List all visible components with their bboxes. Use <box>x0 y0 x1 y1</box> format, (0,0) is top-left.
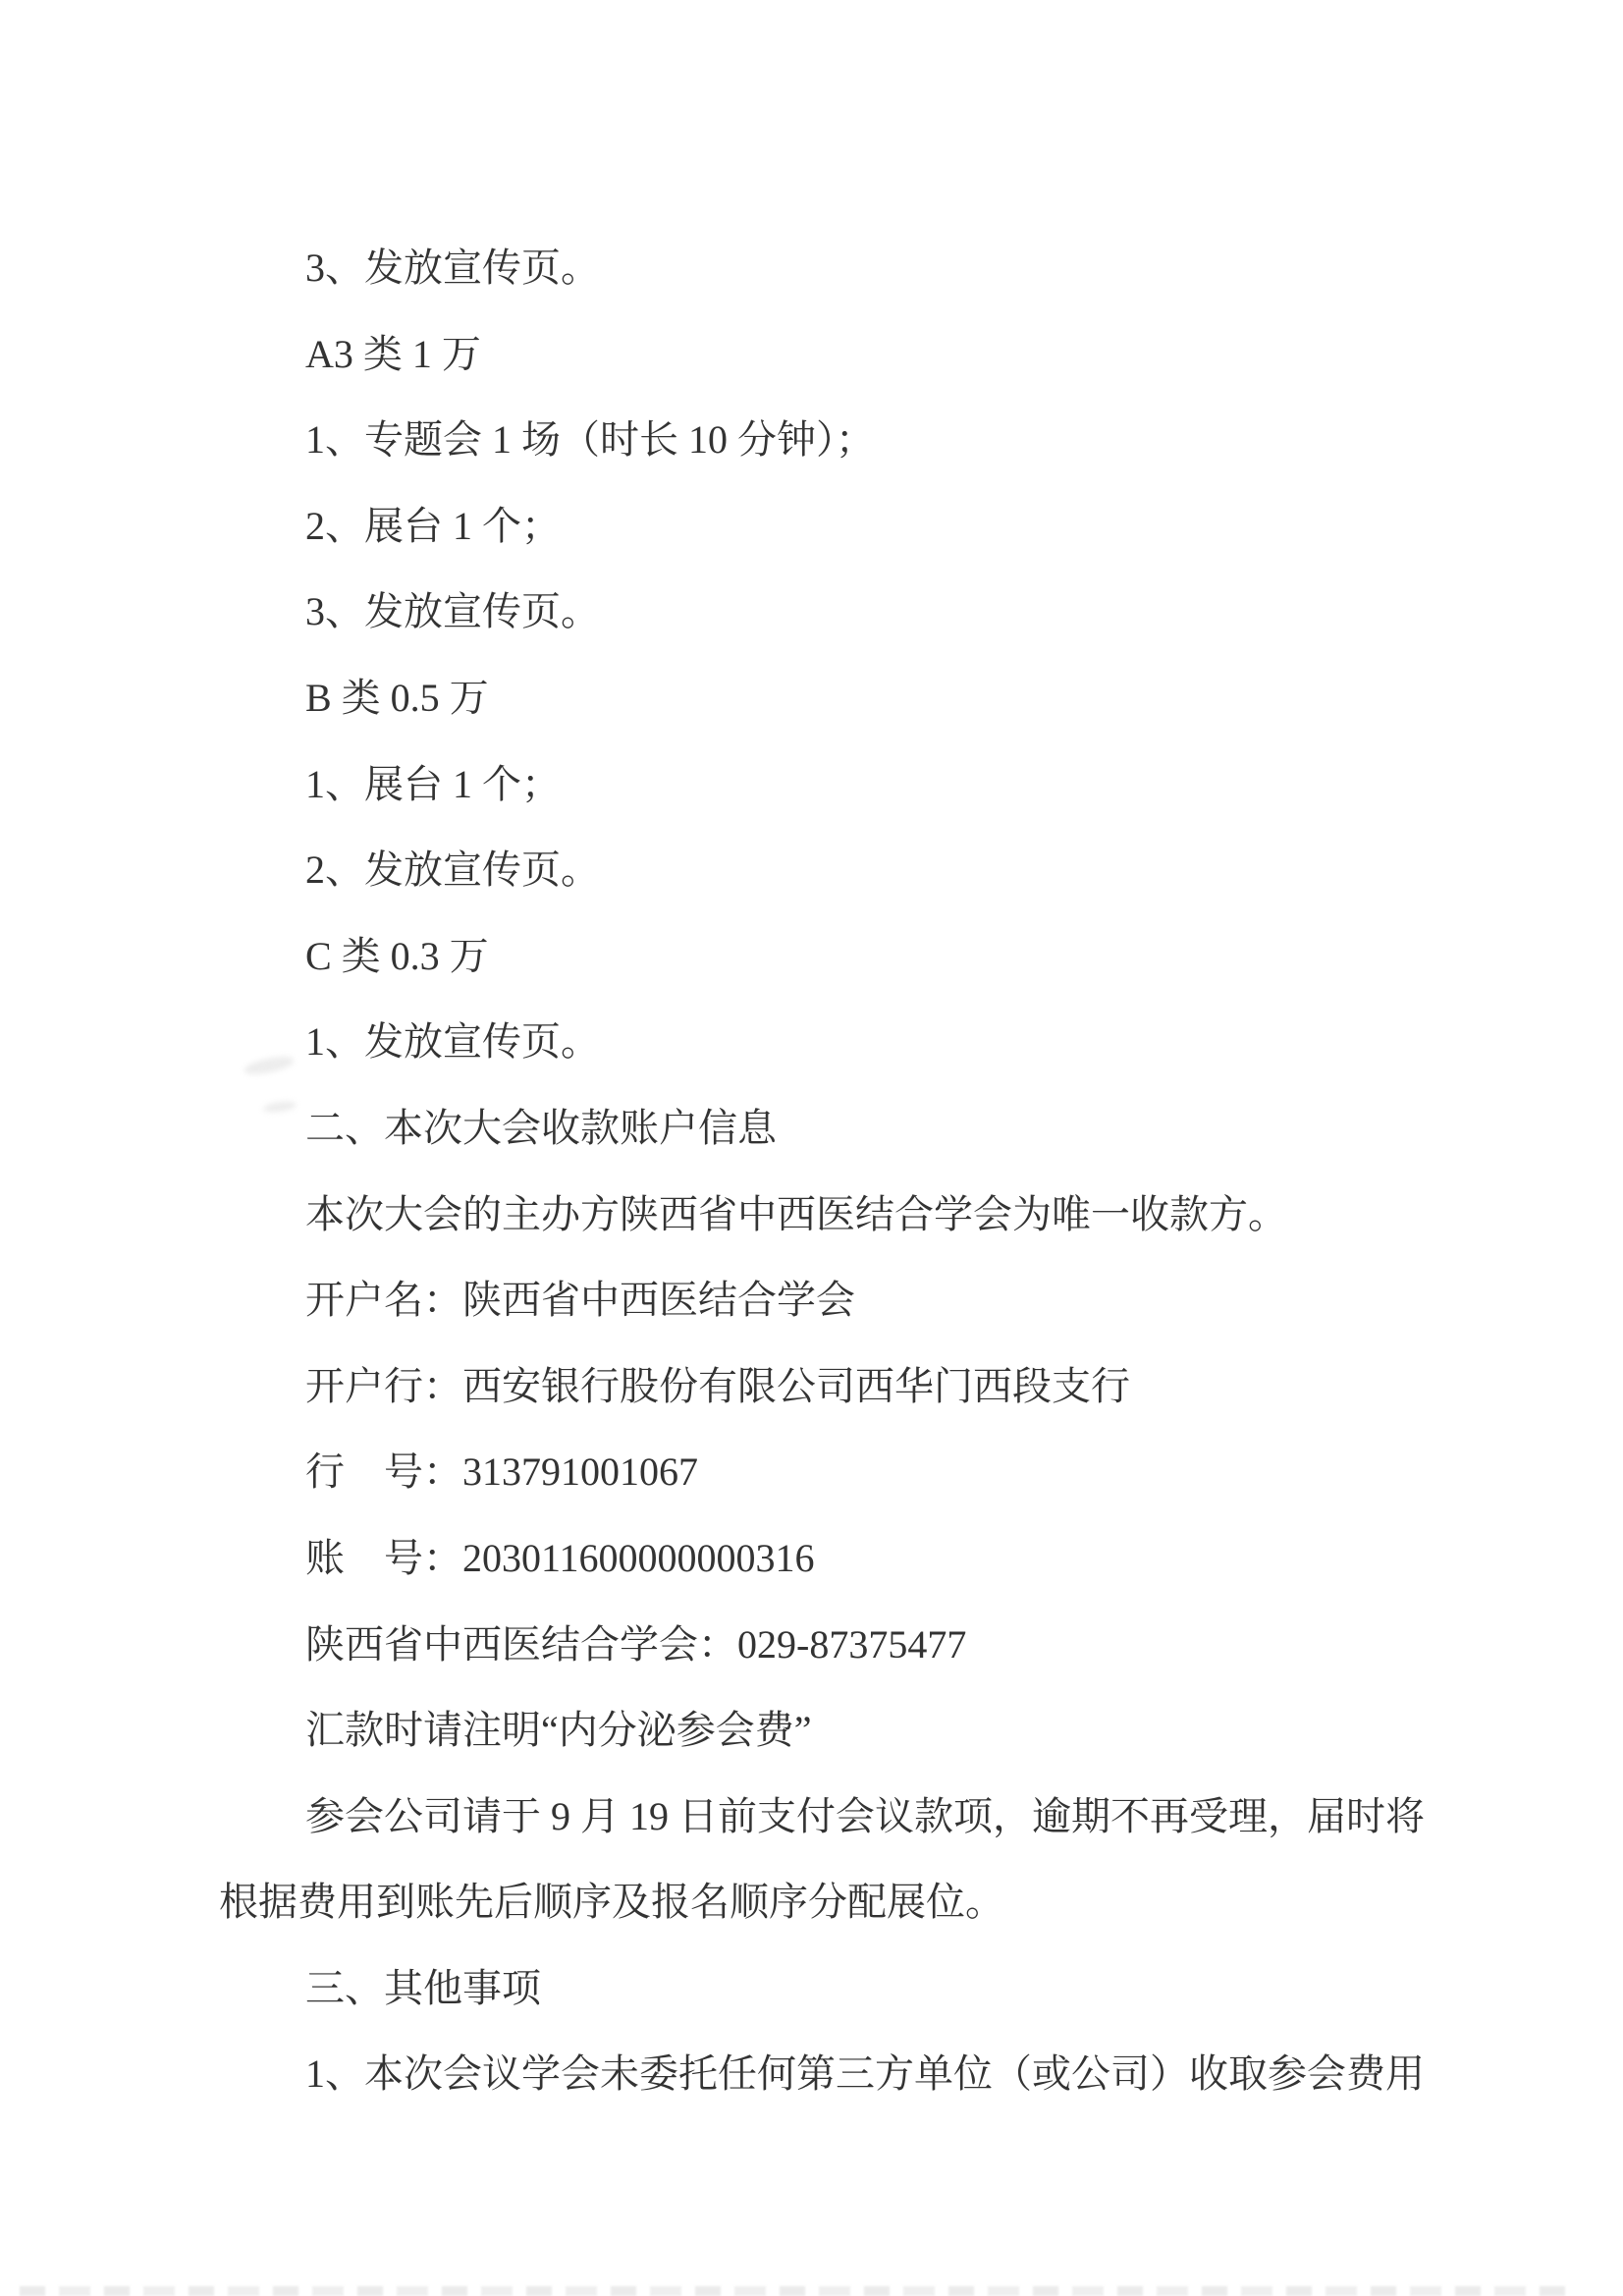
document-page: 3、发放宣传页。 A3 类 1 万 1、专题会 1 场（时长 10 分钟）； 2… <box>0 0 1623 2296</box>
text-line: 1、展台 1 个； <box>219 741 1427 828</box>
text-line: 开户名：陕西省中西医结合学会 <box>219 1257 1427 1343</box>
page-bottom-cutoff-text <box>20 2286 1571 2296</box>
text-line: 账 号：203011600000000316 <box>219 1515 1427 1602</box>
section-heading: 三、其他事项 <box>219 1945 1427 2032</box>
text-line: 2、发放宣传页。 <box>219 827 1427 913</box>
text-line: 参会公司请于 9 月 19 日前支付会议款项，逾期不再受理，届时将 <box>219 1774 1427 1860</box>
text-line: 3、发放宣传页。 <box>219 225 1427 311</box>
text-line: 陕西省中西医结合学会：029-87375477 <box>219 1602 1427 1688</box>
text-line: 1、本次会议学会未委托任何第三方单位（或公司）收取参会费用 <box>219 2031 1427 2117</box>
text-line: 3、发放宣传页。 <box>219 569 1427 655</box>
text-line: 开户行：西安银行股份有限公司西华门西段支行 <box>219 1343 1427 1430</box>
text-line: 1、专题会 1 场（时长 10 分钟）； <box>219 397 1427 483</box>
document-body: 3、发放宣传页。 A3 类 1 万 1、专题会 1 场（时长 10 分钟）； 2… <box>219 225 1427 2117</box>
text-line: 本次大会的主办方陕西省中西医结合学会为唯一收款方。 <box>219 1172 1427 1258</box>
text-line: 汇款时请注明“内分泌参会费” <box>219 1687 1427 1774</box>
text-line: B 类 0.5 万 <box>219 655 1427 741</box>
text-line: 行 号：313791001067 <box>219 1429 1427 1515</box>
text-line: C 类 0.3 万 <box>219 913 1427 1000</box>
text-line: A3 类 1 万 <box>219 311 1427 398</box>
text-line: 1、发放宣传页。 <box>219 999 1427 1085</box>
text-line: 根据费用到账先后顺序及报名顺序分配展位。 <box>219 1859 1427 1945</box>
section-heading: 二、本次大会收款账户信息 <box>219 1085 1427 1172</box>
text-line: 2、展台 1 个； <box>219 483 1427 570</box>
